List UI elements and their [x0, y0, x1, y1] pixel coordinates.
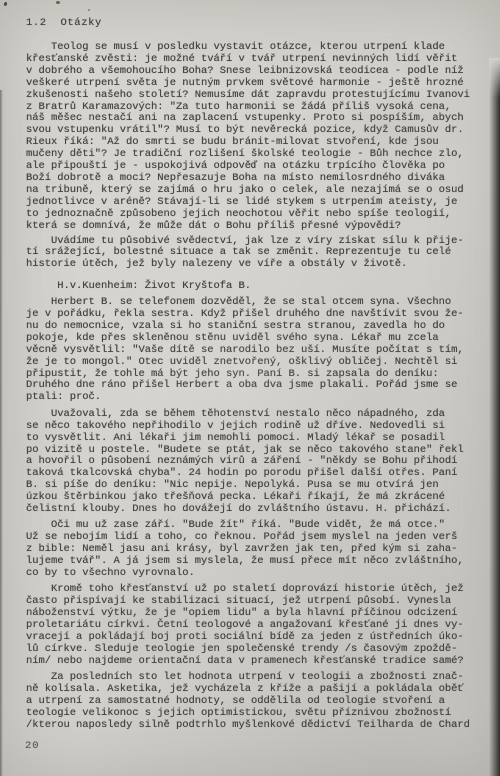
paper-texture-smudge: [120, 300, 380, 440]
paper-texture-smudge: [40, 560, 240, 680]
scan-speck: [88, 9, 90, 11]
scan-edge-shadow-right: [489, 58, 500, 776]
scan-speck: [3, 2, 7, 7]
scan-edge-shadow-left: [0, 90, 3, 776]
paragraph: Uvádíme tu působivé svědectví, jak lze z…: [26, 236, 496, 272]
scanned-book-page: 1.2 Otázky Teolog se musí v posledku vys…: [0, 0, 500, 776]
scan-edge-shadow-fade: [489, 58, 500, 98]
paper-texture-smudge: [300, 80, 480, 180]
scan-speck: [56, 1, 60, 4]
section-heading: 1.2 Otázky: [26, 17, 102, 29]
paragraph: Za posledních sto let hodnota utrpení v …: [26, 672, 496, 732]
book-reference: H.v.Kuenheim: Život Kryštofa B.: [26, 281, 496, 293]
page-number: 20: [25, 740, 40, 752]
